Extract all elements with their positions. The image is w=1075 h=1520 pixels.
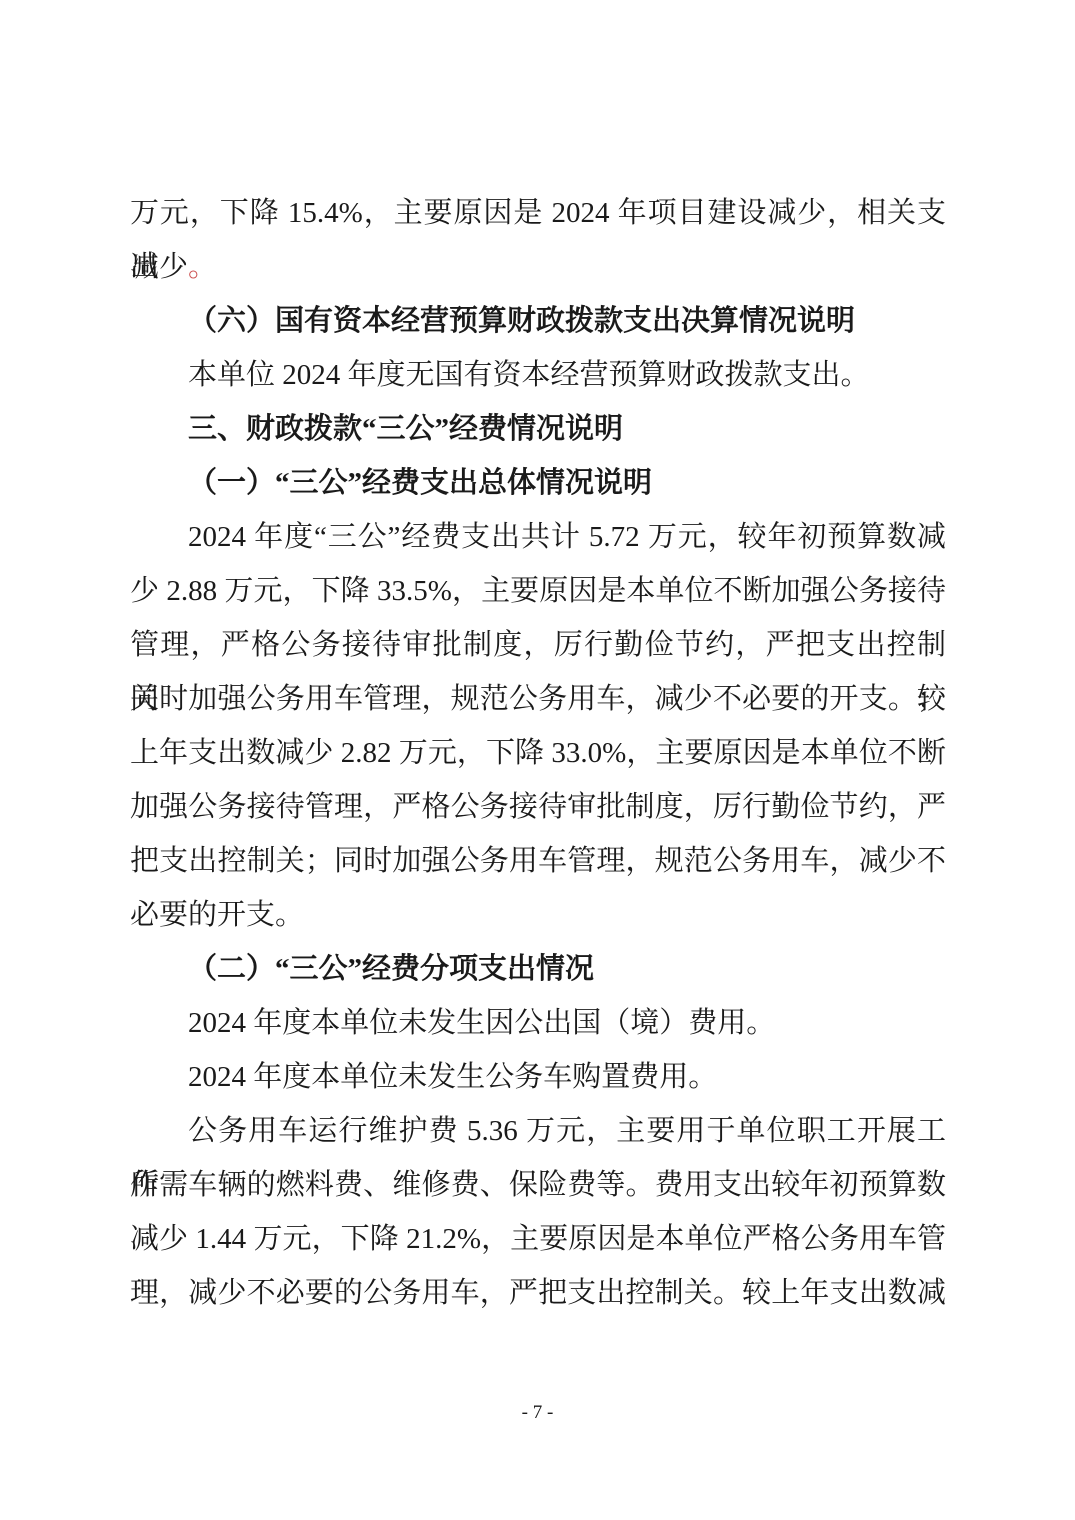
document-body: 万元，下降 15.4%，主要原因是 2024 年项目建设减少，相关支出 减少。 … (130, 186, 946, 1320)
paragraph-line: 本单位 2024 年度无国有资本经营预算财政拨款支出。 (130, 348, 946, 402)
paragraph-line: 必要的开支。 (130, 888, 946, 942)
red-period: 。 (188, 251, 217, 283)
paragraph-line: 管理，严格公务接待审批制度，厉行勤俭节约，严把支出控制关； (130, 618, 946, 672)
paragraph-line: 减少。 (130, 240, 946, 294)
paragraph-line: 加强公务接待管理，严格公务接待审批制度，厉行勤俭节约，严 (130, 780, 946, 834)
paragraph-text: 减少 (130, 251, 188, 283)
subsection-heading-1: （一）“三公”经费支出总体情况说明 (130, 456, 946, 510)
section-heading-3: 三、财政拨款“三公”经费情况说明 (130, 402, 946, 456)
page-number: - 7 - (0, 1398, 1075, 1428)
subsection-heading-2: （二）“三公”经费分项支出情况 (130, 942, 946, 996)
paragraph-line: 把支出控制关；同时加强公务用车管理，规范公务用车，减少不 (130, 834, 946, 888)
paragraph-line: 所需车辆的燃料费、维修费、保险费等。费用支出较年初预算数 (130, 1158, 946, 1212)
paragraph-line: 公务用车运行维护费 5.36 万元，主要用于单位职工开展工作 (130, 1104, 946, 1158)
paragraph-line: 2024 年度本单位未发生公务车购置费用。 (130, 1050, 946, 1104)
paragraph-line: 理，减少不必要的公务用车，严把支出控制关。较上年支出数减 (130, 1266, 946, 1320)
paragraph-line: 万元，下降 15.4%，主要原因是 2024 年项目建设减少，相关支出 (130, 186, 946, 240)
paragraph-line: 少 2.88 万元，下降 33.5%，主要原因是本单位不断加强公务接待 (130, 564, 946, 618)
document-page: 万元，下降 15.4%，主要原因是 2024 年项目建设减少，相关支出 减少。 … (0, 0, 1075, 1520)
paragraph-line: 上年支出数减少 2.82 万元，下降 33.0%，主要原因是本单位不断 (130, 726, 946, 780)
paragraph-line: 减少 1.44 万元，下降 21.2%，主要原因是本单位严格公务用车管 (130, 1212, 946, 1266)
paragraph-line: 2024 年度“三公”经费支出共计 5.72 万元，较年初预算数减 (130, 510, 946, 564)
paragraph-line: 同时加强公务用车管理，规范公务用车，减少不必要的开支。较 (130, 672, 946, 726)
section-heading-6: （六）国有资本经营预算财政拨款支出决算情况说明 (130, 294, 946, 348)
paragraph-line: 2024 年度本单位未发生因公出国（境）费用。 (130, 996, 946, 1050)
